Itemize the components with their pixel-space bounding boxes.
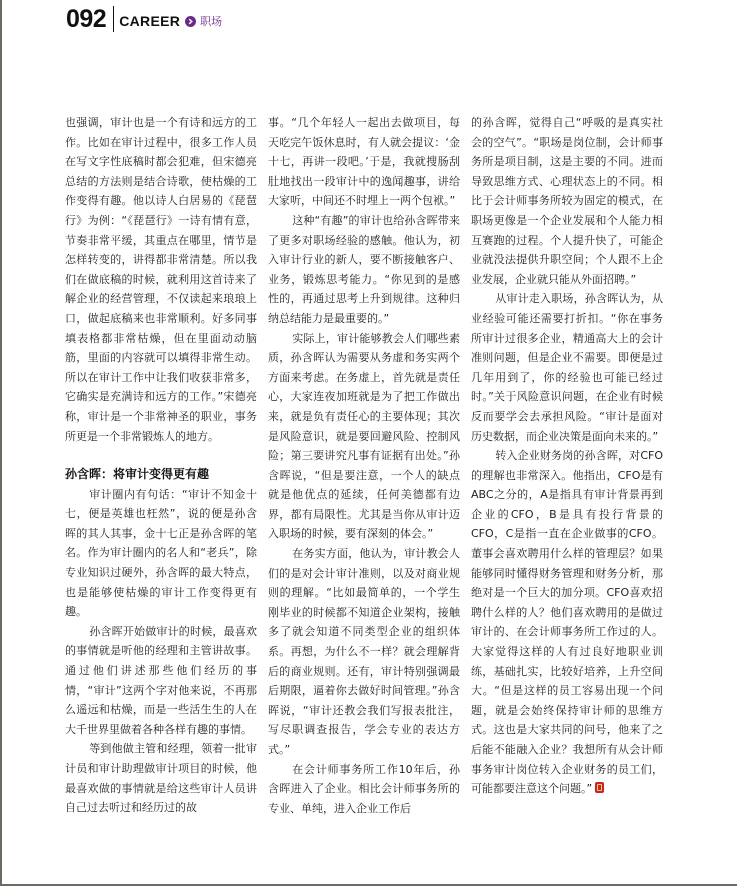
article-column-1: 也强调，审计也是一个有诗和远方的工作。比如在审计过程中，很多工作人员在写文字性底…	[65, 113, 257, 818]
paragraph: 从审计走入职场，孙含晖认为，从业经验可能还需要打折扣。“你在事务所审计过很多企业…	[471, 289, 663, 446]
chevron-right-icon	[185, 16, 196, 27]
header-divider	[113, 6, 114, 32]
paragraph: 的孙含晖，觉得自己“呼吸的是真实社会的空气”。“职场是岗位制，会计师事务所是项目…	[471, 113, 663, 289]
paragraph: 这种“有趣”的审计也给孙含晖带来了更多对职场经验的感触。他认为，初入审计行业的新…	[268, 211, 460, 329]
page-header: 092 CAREER 职场	[66, 4, 222, 34]
page-number: 092	[66, 5, 106, 33]
article-column-2: 事。“几个年轻人一起出去做项目，每天吃完午饭休息时，有人就会提议：‘金十七，再讲…	[268, 113, 460, 818]
article-subheading: 孙含晖：将审计变得更有趣	[65, 465, 257, 485]
paragraph: 审计圈内有句话：“审计不知金十七，便是英雄也枉然”，说的便是孙含晖的其人其事，金…	[65, 485, 257, 622]
section-title-cn: 职场	[200, 13, 222, 29]
paragraph-final: 转入企业财务岗的孙含晖，对CFO的理解也非常深入。他指出，CFO是有ABC之分的…	[471, 446, 663, 799]
paragraph-text: 转入企业财务岗的孙含晖，对CFO的理解也非常深入。他指出，CFO是有ABC之分的…	[471, 449, 663, 795]
paragraph: 等到他做主管和经理，领着一批审计员和审计助理做审计项目的时候，他最喜欢做的事情就…	[65, 739, 257, 817]
article-column-3: 的孙含晖，觉得自己“呼吸的是真实社会的空气”。“职场是岗位制，会计师事务所是项目…	[471, 113, 663, 799]
paragraph: 实际上，审计能够教会人们哪些素质，孙含晖认为需要从务虚和务实两个方面来考虑。在务…	[268, 329, 460, 545]
paragraph: 孙含晖开始做审计的时候，最喜欢的事情就是听他的经理和主管讲故事。通过他们讲述那些…	[65, 622, 257, 740]
paragraph: 在务实方面，他认为，审计教会人们的是对会计审计准则，以及对商业规则的理解。“比如…	[268, 544, 460, 760]
magazine-end-mark-icon	[595, 782, 604, 793]
section-title-en: CAREER	[119, 13, 180, 29]
paragraph: 也强调，审计也是一个有诗和远方的工作。比如在审计过程中，很多工作人员在写文字性底…	[65, 113, 257, 446]
paragraph: 在会计师事务所工作10年后，孙含晖进入了企业。相比会计师事务所的专业、单纯，进入…	[268, 760, 460, 819]
paragraph: 事。“几个年轻人一起出去做项目，每天吃完午饭休息时，有人就会提议：‘金十七，再讲…	[268, 113, 460, 211]
